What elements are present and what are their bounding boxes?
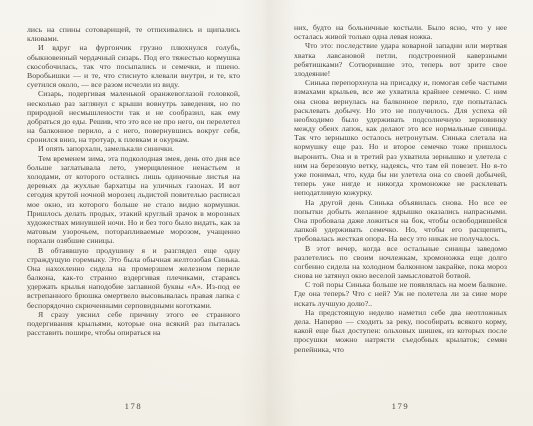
paragraph: С той поры Синька больше не появлялась н… [294, 280, 507, 308]
paragraph: Что это: последствие удара коварной запа… [294, 41, 507, 78]
page-number: 179 [294, 401, 507, 411]
page-text: лись на спины сотоварищей, те отпихивали… [27, 25, 240, 337]
page-text: них, будто на больничные костыли. Было я… [294, 23, 507, 354]
paragraph: Синька перепорхнула на присадку и, помог… [294, 78, 507, 197]
book-spread: лись на спины сотоварищей, те отпихивали… [0, 0, 533, 426]
page-right: них, будто на больничные костыли. Было я… [266, 0, 533, 426]
paragraph: На предстоящую неделю наметил себе два н… [294, 308, 507, 354]
paragraph: лись на спины сотоварищей, те отпихивали… [27, 25, 240, 43]
page-left: лись на спины сотоварищей, те отпихивали… [0, 0, 266, 426]
paragraph: И опять запорхали, замелькали синички. [27, 144, 240, 153]
paragraph: На другой день Синька объявилась снова. … [294, 198, 507, 244]
paragraph: Тем временем зима, эта подколодная змея,… [27, 154, 240, 246]
paragraph: И вдруг на фургончик грузно плюхнулся го… [27, 43, 240, 89]
paragraph: Сизарь, подергивая маленькой оранжевогла… [27, 89, 240, 144]
paragraph: В этот вечер, когда все остальные синицы… [294, 244, 507, 281]
page-number: 178 [27, 401, 240, 411]
paragraph: них, будто на больничные костыли. Было я… [294, 23, 507, 41]
paragraph: В обтаявшую продушину я и разглядел еще … [27, 246, 240, 310]
paragraph: Я сразу уяснил себе причину этого ее стр… [27, 310, 240, 338]
